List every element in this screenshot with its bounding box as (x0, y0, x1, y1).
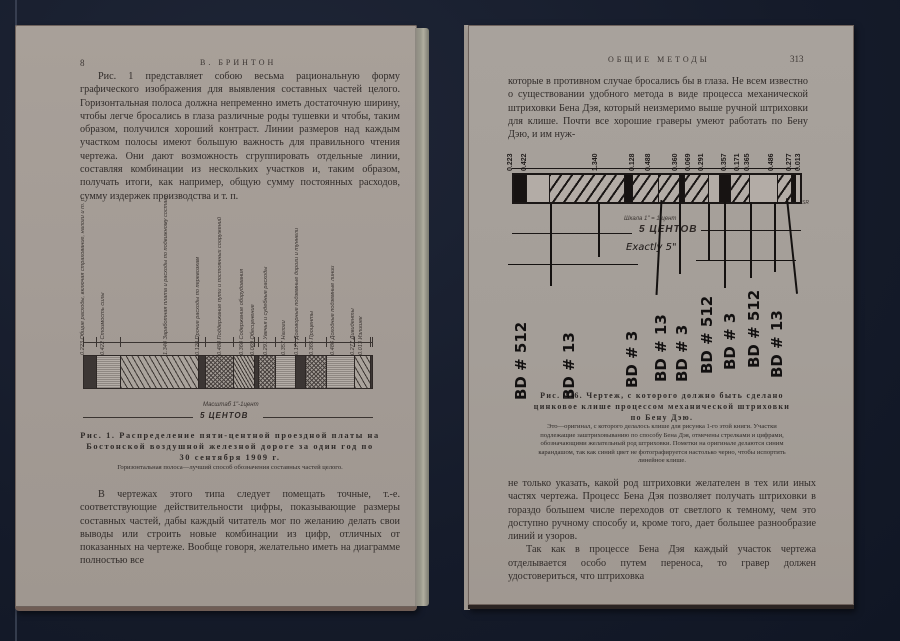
right-figure-subcaption: Это—оригинал, с которого делалось клише … (532, 423, 792, 466)
scale-total: 5 ЦЕНТОВ (639, 224, 698, 235)
corner-mark: SR (802, 200, 809, 206)
left-paragraph-2-text: В чертежах этого типа следует помещать т… (80, 488, 400, 568)
mark-bd-3: BD # 3 (721, 313, 739, 370)
label-dividends: 0.277 Дивиденты (350, 308, 356, 355)
mark-bd-3: BD # 3 (673, 325, 691, 382)
left-paragraph-2: В чертежах этого типа следует помещать т… (80, 488, 400, 568)
label-wages: 1.340 Заработная плата и расходы по подв… (163, 195, 169, 355)
label-depreciation: 0.069 Обесценение (250, 304, 256, 355)
fare-distribution-figure: 0.223 Общие расходы, включая страхование… (83, 205, 373, 425)
stacked-bar (512, 173, 802, 204)
right-paragraph-2-text: не только указать, какой род штриховки ж… (508, 477, 816, 543)
mark-bd-512: BD # 512 (512, 322, 530, 400)
left-figure-subcaption: Горизонтальная полоса—лучший способ обоз… (80, 464, 380, 473)
label-power-cost: 0.422 Стоимость силы (100, 293, 106, 356)
label-taxes: 0.357 Налоги (281, 320, 287, 355)
right-paragraph-2: не только указать, какой род штриховки ж… (508, 477, 816, 583)
left-page-edge (415, 28, 429, 606)
right-running-head: ОБЩИЕ МЕТОДЫ (608, 55, 710, 64)
right-paragraph-3-text: Так как в процессе Бена Дэя каждый участ… (508, 543, 816, 583)
label-track-maintenance: 0.488 Поддержание пути и постоянных соор… (217, 217, 223, 355)
label-general-expenses: 0.223 Общие расходы, включая страхование… (80, 197, 86, 355)
right-figure-caption: Рис. 226. Чертеж, с которого должно быть… (532, 390, 792, 423)
label-interest: 0.365 Проценты (309, 311, 315, 355)
scale-label: Масштаб 1"-1цент (203, 402, 259, 408)
left-running-head: В. БРИНТОН (200, 58, 276, 67)
left-figure-caption: Рис. 1. Распределение пяти-центной проез… (80, 430, 380, 463)
label-surplus: 0.013 Излишек (358, 316, 364, 355)
ben-day-drawing: 0.223 0.422 1.340 0.128 0.488 0.360 0.06… (506, 132, 816, 392)
mark-bd-512: BD # 512 (745, 290, 763, 368)
mark-bd-13: BD # 13 (768, 310, 786, 378)
mark-bd-13: BD # 13 (652, 314, 670, 382)
left-paragraph-1: Рис. 1 представляет собою весьма рациона… (80, 70, 400, 203)
left-page-number: 8 (80, 58, 85, 68)
mark-bd-512: BD # 512 (698, 296, 716, 374)
mark-bd-3: BD # 3 (623, 331, 641, 388)
right-page-number: 313 (790, 54, 804, 64)
stacked-bar (83, 355, 373, 389)
exactly-note: Exactly 5" (626, 242, 677, 253)
dimension-line (83, 342, 373, 343)
scale-total: 5 ЦЕНТОВ (200, 411, 248, 420)
left-paragraph-1-text: Рис. 1 представляет собою весьма рациона… (80, 70, 400, 203)
scale-label: Шкала 1" = 1 цент (624, 216, 676, 222)
label-subway-contracts: 0.171 Договорные подземные дороги и тунн… (294, 228, 300, 355)
